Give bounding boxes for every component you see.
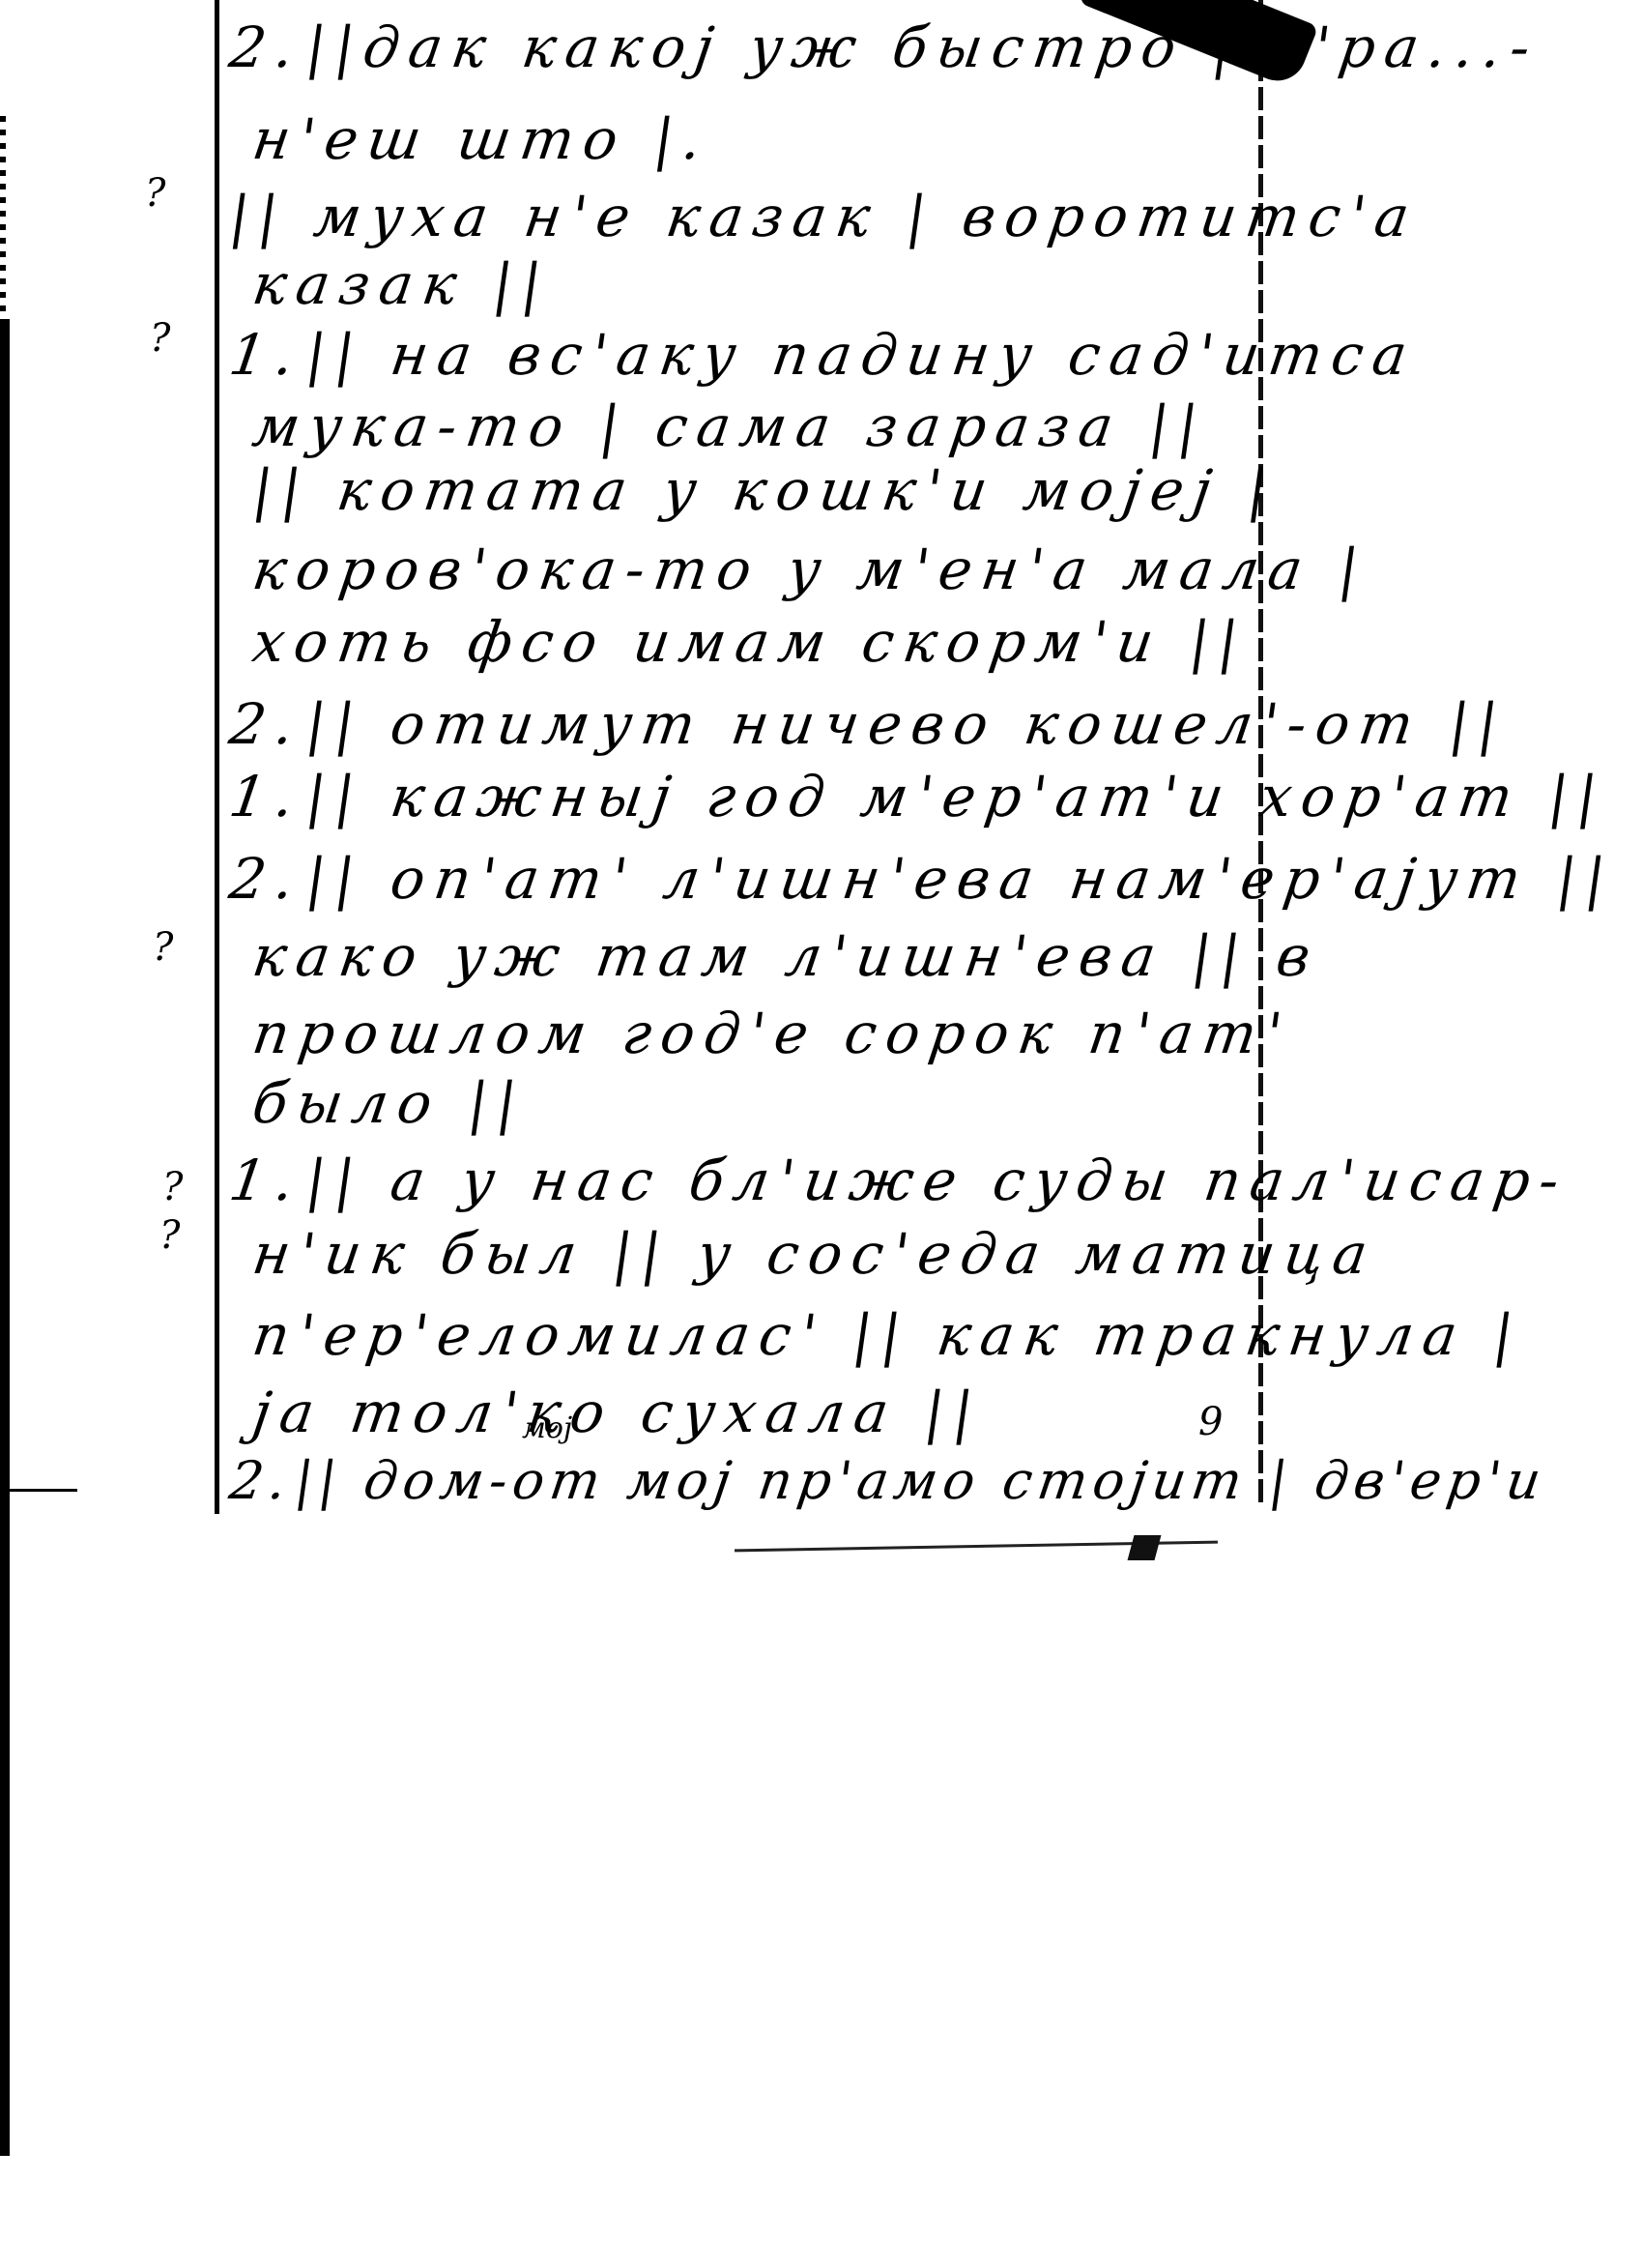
margin-question-mark: ? xyxy=(153,928,173,967)
scan-artifact xyxy=(0,1489,77,1492)
line-text: прошлом год'е сорок п'ат' xyxy=(248,1001,1295,1066)
line-text: || оп'ат' л'ишн'ева нам'ер'ајут || xyxy=(303,846,1620,912)
speaker-number: 1. xyxy=(225,1148,307,1213)
line-text: ||дак какој уж быстро | п'ра...- xyxy=(303,15,1544,80)
transcript-line: како уж там л'ишн'ева || в xyxy=(249,928,1323,984)
transcript-line: н'еш што |. xyxy=(249,111,714,167)
scanned-page: ? ? ? ? ? 2.||дак какој уж быстро | п'ра… xyxy=(0,0,1643,2268)
transcript-line: 1.|| на вс'аку падину сад'итса xyxy=(226,327,1420,383)
line-text: || отимут ничево кошел'-от || xyxy=(303,691,1512,757)
transcript-line: коров'ока-то у м'ен'а мала | xyxy=(249,541,1371,597)
transcript-line: 2.|| оп'ат' л'ишн'ева нам'ер'ајут || xyxy=(226,851,1619,907)
line-text: || котата у кошк'и мојеј | xyxy=(248,457,1281,523)
line-text: мука-то | сама зараза || xyxy=(248,393,1211,459)
transcript-line: 1.|| кажныј год м'ер'ат'и хор'ат || xyxy=(226,769,1610,825)
ink-blot xyxy=(1128,1535,1162,1560)
margin-question-mark: ? xyxy=(145,174,165,213)
line-text: како уж там л'ишн'ева || в xyxy=(248,923,1324,989)
speaker-number: 1. xyxy=(225,322,307,388)
transcript-line: ја тол'ко сухала || xyxy=(249,1384,986,1440)
transcript-line: хоть фсо имам скорм'и || xyxy=(249,614,1252,670)
transcript-line: п'ер'еломилас' || как тракнула | xyxy=(249,1307,1526,1363)
margin-question-mark: ? xyxy=(162,1168,183,1207)
line-text: || кажныј год м'ер'ат'и хор'ат || xyxy=(303,764,1611,829)
transcript-line: мука-то | сама зараза || xyxy=(249,398,1211,454)
speaker-number: 2. xyxy=(225,15,307,80)
transcript-line: 2.||дак какој уж быстро | п'ра...- xyxy=(226,19,1543,75)
line-text: || а у нас бл'иже суды пал'исар- xyxy=(303,1148,1573,1213)
line-text: ја тол'ко сухала || xyxy=(248,1380,987,1445)
line-text: н'ик был || у сос'еда матица xyxy=(248,1221,1381,1287)
transcript-line: прошлом год'е сорок п'ат' xyxy=(249,1005,1295,1061)
margin-question-mark: ? xyxy=(150,319,170,358)
transcript-line: 1.|| а у нас бл'иже суды пал'исар- xyxy=(226,1152,1572,1208)
transcript-line: было || xyxy=(249,1075,530,1131)
superscript-insertion: мој xyxy=(522,1411,572,1445)
transcript-line: 2.|| отимут ничево кошел'-от || xyxy=(226,696,1511,752)
transcript-line: н'ик был || у сос'еда матица xyxy=(249,1226,1380,1282)
transcript-line: || котата у кошк'и мојеј | xyxy=(249,462,1281,518)
transcript-line: 2.|| дом-от мој пр'амо стојит | дв'ер'и xyxy=(226,1455,1549,1507)
scan-edge-shadow xyxy=(0,319,10,2156)
line-text: || муха н'е казак | воротитс'а xyxy=(225,184,1423,249)
line-text: коров'ока-то у м'ен'а мала | xyxy=(248,537,1372,602)
margin-digit: 9 xyxy=(1198,1400,1223,1444)
margin-question-mark: ? xyxy=(159,1216,180,1255)
transcript-line: || муха н'е казак | воротитс'а xyxy=(226,189,1423,245)
line-text: || дом-от мој пр'амо стојит | дв'ер'и xyxy=(291,1450,1550,1511)
speaker-number: 2. xyxy=(226,1450,296,1511)
speaker-number: 2. xyxy=(225,691,307,757)
line-text: н'еш што |. xyxy=(248,106,715,172)
scan-edge-shadow-top xyxy=(0,116,6,319)
speaker-number: 1. xyxy=(225,764,307,829)
transcript-line: казак || xyxy=(249,256,555,312)
margin-rule-line xyxy=(215,0,219,1514)
line-text: было || xyxy=(248,1070,531,1136)
line-text: || на вс'аку падину сад'итса xyxy=(303,322,1421,388)
line-text: п'ер'еломилас' || как тракнула | xyxy=(248,1302,1527,1368)
line-text: хоть фсо имам скорм'и || xyxy=(248,609,1252,675)
line-text: казак || xyxy=(248,251,555,317)
speaker-number: 2. xyxy=(225,846,307,912)
